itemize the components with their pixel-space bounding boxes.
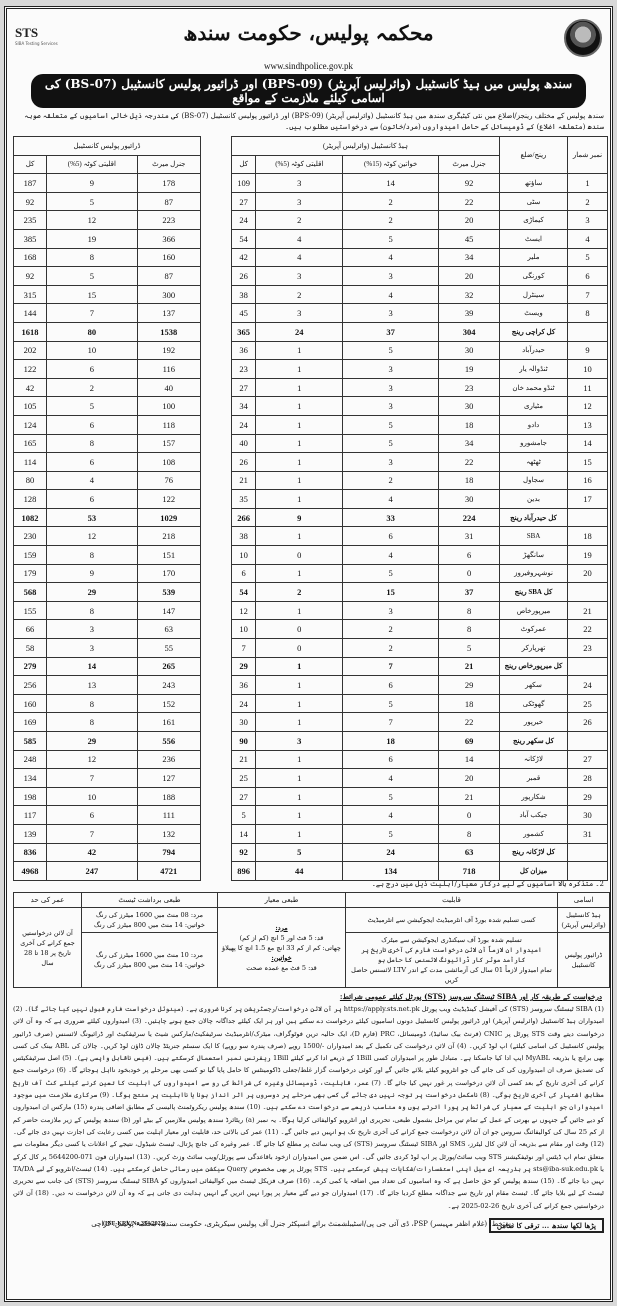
women-quota-cell: 18 — [343, 732, 439, 751]
minority-quota-cell: 8 — [47, 694, 137, 713]
table-row: 15ٹھٹھہ223126 — [232, 453, 608, 472]
qualification-line: تمام امیدوار لازماً 01 سال کی آزمائشی مد… — [349, 965, 554, 985]
minority-quota-cell: 1 — [256, 769, 343, 788]
general-merit-cell: 63 — [137, 620, 200, 639]
minority-quota-cell: 5 — [47, 267, 137, 286]
minority-quota-cell: 1 — [256, 806, 343, 825]
total-cell: 27 — [232, 192, 256, 211]
serial-cell: 25 — [568, 694, 608, 713]
table-row: 1146108 — [14, 453, 201, 472]
general-merit-cell: 30 — [439, 397, 500, 416]
women-quota-cell: 3 — [343, 360, 439, 379]
reference-number: (INF-KRY/No.334/2025) — [103, 1221, 166, 1227]
minority-quota-cell: 6 — [47, 806, 137, 825]
general-merit-cell: 20 — [439, 769, 500, 788]
general-merit-cell: 8 — [439, 620, 500, 639]
minority-quota-cell: 6 — [47, 490, 137, 509]
minority-quota-cell: 1 — [256, 434, 343, 453]
general-merit-cell: 224 — [439, 508, 500, 527]
minority-quota-cell: 14 — [47, 657, 137, 676]
table-row: 25613243 — [14, 676, 201, 695]
minority-quota-cell: 53 — [47, 508, 137, 527]
serial-cell — [568, 322, 608, 341]
minority-quota-cell: 1 — [256, 378, 343, 397]
table-row: 1246118 — [14, 415, 201, 434]
minority-quota-cell: 1 — [256, 360, 343, 379]
table-row: 1558147 — [14, 601, 201, 620]
male-chest: چھاتی: کم از کم 33 انچ مع 1.5 انچ کا پھی… — [221, 943, 342, 953]
table-total-row: کل میرپورخاص رینج217129 — [232, 657, 608, 676]
general-merit-cell: 20 — [439, 267, 500, 286]
total-cell: 54 — [232, 229, 256, 248]
general-merit-cell: 1538 — [137, 322, 200, 341]
general-merit-cell: 22 — [439, 192, 500, 211]
table-row: 1658157 — [14, 434, 201, 453]
total-cell: 35 — [232, 490, 256, 509]
total-cell: 42 — [14, 378, 47, 397]
total-cell: 66 — [14, 620, 47, 639]
serial-cell: 26 — [568, 713, 608, 732]
district-cell: سینٹرل — [500, 285, 568, 304]
total-cell: 122 — [14, 360, 47, 379]
minority-quota-cell: 8 — [47, 546, 137, 565]
table-total-row: 58529556 — [14, 732, 201, 751]
serial-cell — [568, 843, 608, 862]
table-row: 7سینٹرل324238 — [232, 285, 608, 304]
minority-quota-cell: 24 — [256, 322, 343, 341]
minority-quota-cell: 3 — [256, 174, 343, 193]
serial-cell: 27 — [568, 750, 608, 769]
serial-cell: 7 — [568, 285, 608, 304]
minority-quota-cell: 0 — [256, 546, 343, 565]
women-quota-cell: 5 — [343, 694, 439, 713]
total-cell: 7 — [232, 639, 256, 658]
general-merit-cell: 265 — [137, 657, 200, 676]
district-cell: ایسٹ — [500, 229, 568, 248]
general-merit-cell: 31 — [439, 527, 500, 546]
physical-standard: مرد: قد: 5 فٹ اور 5 انچ (کم از کم) چھاتی… — [218, 908, 346, 988]
general-merit-cell: 23 — [439, 378, 500, 397]
minority-quota-cell: 6 — [47, 453, 137, 472]
general-merit-cell: 223 — [137, 211, 200, 230]
district-cell: کل میرپورخاص رینج — [500, 657, 568, 676]
total-cell: 36 — [232, 341, 256, 360]
table-row: 19810188 — [14, 787, 201, 806]
general-merit-cell: 160 — [137, 248, 200, 267]
minority-quota-cell: 1 — [256, 694, 343, 713]
serial-cell: 21 — [568, 601, 608, 620]
male-label: مرد: — [221, 923, 342, 933]
women-quota-cell: 6 — [343, 750, 439, 769]
table-row: 22عمرکوٹ82010 — [232, 620, 608, 639]
women-quota-cell: 3 — [343, 397, 439, 416]
total-cell: 266 — [232, 508, 256, 527]
women-quota-cell: 5 — [343, 787, 439, 806]
male-height: قد: 5 فٹ اور 5 انچ (کم از کم) — [221, 933, 342, 943]
table-row: 1608152 — [14, 694, 201, 713]
general-merit-cell: 111 — [137, 806, 200, 825]
district-cell: کیماڑی — [500, 211, 568, 230]
total-cell: 92 — [14, 192, 47, 211]
district-cell: خیرپور — [500, 713, 568, 732]
general-merit-cell: 8 — [439, 824, 500, 843]
female-test: خواتین: 14 منٹ میں 800 میٹرز کی رنگ — [85, 920, 214, 930]
minority-quota-cell: 1 — [256, 713, 343, 732]
total-cell: 144 — [14, 304, 47, 323]
general-merit-cell: 556 — [137, 732, 200, 751]
women-quota-cell: 2 — [343, 620, 439, 639]
women-quota-cell: 5 — [343, 434, 439, 453]
minority-quota-cell: 8 — [47, 248, 137, 267]
minority-quota-cell: 8 — [47, 434, 137, 453]
serial-cell: 30 — [568, 806, 608, 825]
table-total-row: 83642794 — [14, 843, 201, 862]
col-post: اسامی — [558, 893, 610, 908]
minority-quota-cell: 9 — [47, 174, 137, 193]
total-cell: 179 — [14, 564, 47, 583]
total-cell: 5 — [232, 806, 256, 825]
total-cell: 187 — [14, 174, 47, 193]
general-merit-cell: 236 — [137, 750, 200, 769]
district-cell: کشمور — [500, 824, 568, 843]
minority-quota-cell: 10 — [47, 787, 137, 806]
minority-quota-cell: 8 — [47, 713, 137, 732]
total-cell: 21 — [232, 471, 256, 490]
table-row: 66363 — [14, 620, 201, 639]
serial-cell: 6 — [568, 267, 608, 286]
col-physical-standard: طبعی معیار — [218, 893, 346, 908]
women-quota-cell: 3 — [343, 378, 439, 397]
serial-cell: 18 — [568, 527, 608, 546]
women-quota-cell: 3 — [343, 601, 439, 620]
general-merit-cell: 22 — [439, 453, 500, 472]
table-row: 25گھوٹکی185124 — [232, 694, 608, 713]
table-row: 80476 — [14, 471, 201, 490]
total-cell: 256 — [14, 676, 47, 695]
general-merit-cell: 55 — [137, 639, 200, 658]
district-cell: میزان کل — [500, 862, 568, 881]
total-cell: 6 — [232, 564, 256, 583]
general-merit-cell: 192 — [137, 341, 200, 360]
total-cell: 26 — [232, 267, 256, 286]
district-cell: ٹنڈوالہ یار — [500, 360, 568, 379]
minority-quota-cell: 7 — [47, 824, 137, 843]
general-merit-cell: 5 — [439, 639, 500, 658]
table-row: 31کشمور85114 — [232, 824, 608, 843]
total-cell: 21 — [232, 750, 256, 769]
minority-quota-cell: 3 — [256, 732, 343, 751]
male-test: مرد: 10 منٹ میں 1600 میٹرز کی رنگ — [85, 950, 214, 960]
table-row: 31515300 — [14, 285, 201, 304]
general-merit-cell: 539 — [137, 583, 200, 602]
general-merit-cell: 122 — [137, 490, 200, 509]
women-quota-cell: 15 — [343, 583, 439, 602]
general-merit-cell: 87 — [137, 192, 200, 211]
district-cell: لاڑکانہ — [500, 750, 568, 769]
general-merit-cell: 21 — [439, 787, 500, 806]
serial-cell: 4 — [568, 229, 608, 248]
women-quota-cell: 2 — [343, 639, 439, 658]
table-row: 29شکارپور215127 — [232, 787, 608, 806]
women-quota-cell: 6 — [343, 676, 439, 695]
table-row: 24812236 — [14, 750, 201, 769]
minority-quota-cell: 9 — [256, 508, 343, 527]
women-quota-cell: 4 — [343, 285, 439, 304]
minority-quota-cell: 3 — [47, 639, 137, 658]
minority-quota-cell: 1 — [256, 564, 343, 583]
male-test: مرد: 08 منٹ میں 1600 میٹرز کی رنگ — [85, 910, 214, 920]
post-name: ڈرائیور پولیس کانسٹیبل — [558, 933, 610, 988]
total-cell: 248 — [14, 750, 47, 769]
serial-cell: 1 — [568, 174, 608, 193]
general-merit-cell: 0 — [439, 806, 500, 825]
total-cell: 92 — [232, 843, 256, 862]
total-cell: 40 — [232, 434, 256, 453]
general-merit-cell: 45 — [439, 229, 500, 248]
table-row: 20نوشہروفیروز0516 — [232, 564, 608, 583]
table-row: 1799170 — [14, 564, 201, 583]
total-cell: 169 — [14, 713, 47, 732]
general-merit-cell: 188 — [137, 787, 200, 806]
total-cell: 365 — [232, 322, 256, 341]
district-cell: کل SBA رینج — [500, 583, 568, 602]
women-quota-cell: 4 — [343, 769, 439, 788]
general-merit-cell: 718 — [439, 862, 500, 881]
header: STS SIBA Testing Services محکمہ پولیس، ح… — [7, 9, 610, 65]
minority-quota-cell: 3 — [256, 192, 343, 211]
minority-quota-cell: 1 — [256, 490, 343, 509]
district-cell: ویسٹ — [500, 304, 568, 323]
total-cell: 160 — [14, 694, 47, 713]
general-merit-cell: 304 — [439, 322, 500, 341]
table-total-row: کل کراچی رینج3043724365 — [232, 322, 608, 341]
table-row: 1226116 — [14, 360, 201, 379]
head-constable-group-header: ہیڈ کانسٹیبل (وائرلیس آپریٹر) — [232, 137, 500, 156]
general-merit-cell: 34 — [439, 248, 500, 267]
general-merit-cell: 161 — [137, 713, 200, 732]
total-cell: 36 — [232, 676, 256, 695]
general-merit-cell: 152 — [137, 694, 200, 713]
district-cell: بدین — [500, 490, 568, 509]
general-merit-cell: 147 — [137, 601, 200, 620]
table-row: 13دادو185124 — [232, 415, 608, 434]
table-row: 1598151 — [14, 546, 201, 565]
district-cell: مٹیاری — [500, 397, 568, 416]
female-label: خواتین: — [221, 953, 342, 963]
table-row: 23012218 — [14, 527, 201, 546]
total-cell: 23 — [232, 360, 256, 379]
general-merit-cell: 22 — [439, 713, 500, 732]
headline-banner: سندھ پولیس میں ہیڈ کانسٹیبل (وائرلیس آپر… — [31, 74, 586, 108]
total-cell: 134 — [14, 769, 47, 788]
table-row: 26خیرپور227130 — [232, 713, 608, 732]
qualification-line: تسلیم شدہ بورڈ آف سیکنڈری ایجوکیشن سے می… — [349, 935, 554, 945]
general-merit-cell: 69 — [439, 732, 500, 751]
table-row: 1ساؤتھ92143109 — [232, 174, 608, 193]
table-row: 19سانگھڑ64010 — [232, 546, 608, 565]
col-age-limit: عمر کی حد — [14, 893, 82, 908]
general-merit-cell: 8 — [439, 601, 500, 620]
qualification: تسلیم شدہ بورڈ آف سیکنڈری ایجوکیشن سے می… — [346, 933, 558, 988]
total-cell: 385 — [14, 229, 47, 248]
age-limit: آن لائن درخواستیں جمع کرانے کی آخری تاری… — [14, 908, 82, 988]
district-cell: گھوٹکی — [500, 694, 568, 713]
total-cell: 29 — [232, 657, 256, 676]
minority-quota-cell: 1 — [256, 750, 343, 769]
table-row: 16سجاول182121 — [232, 471, 608, 490]
district-cell: SBA — [500, 527, 568, 546]
minority-quota-cell: 9 — [47, 564, 137, 583]
general-merit-cell: 92 — [439, 174, 500, 193]
minority-quota-cell: 2 — [256, 583, 343, 602]
table-row: 38519366 — [14, 229, 201, 248]
general-merit-cell: 127 — [137, 769, 200, 788]
general-merit-cell: 0 — [439, 564, 500, 583]
total-cell: 168 — [14, 248, 47, 267]
minority-quota-cell: 12 — [47, 211, 137, 230]
col-women-quota: خواتین کوٹہ (15%) — [343, 155, 439, 174]
total-cell: 12 — [232, 601, 256, 620]
minority-quota-cell: 1 — [256, 787, 343, 806]
general-merit-cell: 1029 — [137, 508, 200, 527]
endurance-test: مرد: 10 منٹ میں 1600 میٹرز کی رنگ خواتین… — [82, 933, 218, 988]
table-row: 6کورنگی203326 — [232, 267, 608, 286]
general-merit-cell: 178 — [137, 174, 200, 193]
district-cell: ٹھٹھہ — [500, 453, 568, 472]
total-cell: 4968 — [14, 862, 47, 881]
district-cell: تھرپارکر — [500, 639, 568, 658]
minority-quota-cell: 1 — [256, 415, 343, 434]
table-row: 8ویسٹ393345 — [232, 304, 608, 323]
general-merit-cell: 40 — [137, 378, 200, 397]
district-cell: کل حیدرآباد رینج — [500, 508, 568, 527]
women-quota-cell: 14 — [343, 174, 439, 193]
table-row: 20210192 — [14, 341, 201, 360]
table-total-row: کل SBA رینج3715254 — [232, 583, 608, 602]
table-row: 27لاڑکانہ146121 — [232, 750, 608, 769]
serial-cell: 11 — [568, 378, 608, 397]
table-row: 24سکھر296136 — [232, 676, 608, 695]
total-cell: 92 — [14, 267, 47, 286]
female-height: قد: 5 فٹ مع عمدہ صحت — [221, 963, 342, 973]
table-total-row: 1618801538 — [14, 322, 201, 341]
table-total-row: 56829539 — [14, 583, 201, 602]
serial-cell — [568, 583, 608, 602]
total-cell: 24 — [232, 415, 256, 434]
district-cell: کل سکھر رینج — [500, 732, 568, 751]
criteria-row-head-constable: ہیڈ کانسٹیبل (وائرلیس آپریٹر) کسی تسلیم … — [14, 908, 610, 933]
total-cell: 105 — [14, 397, 47, 416]
minority-quota-cell: 1 — [256, 471, 343, 490]
col-minority-quota: اقلیتی کوٹہ (5%) — [47, 155, 137, 174]
col-general-merit: جنرل میرٹ — [137, 155, 200, 174]
women-quota-cell: 2 — [343, 471, 439, 490]
female-test: خواتین: 14 منٹ میں 800 میٹرز کی رنگ — [85, 960, 214, 970]
minority-quota-cell: 2 — [256, 285, 343, 304]
table-row: 58355 — [14, 639, 201, 658]
department-title: محکمہ پولیس، حکومت سندھ — [7, 21, 610, 45]
serial-cell: 12 — [568, 397, 608, 416]
district-cell: کورنگی — [500, 267, 568, 286]
table-row: 3کیماڑی202224 — [232, 211, 608, 230]
table-row: 1447137 — [14, 304, 201, 323]
col-serial: نمبر شمار — [568, 137, 608, 174]
women-quota-cell: 5 — [343, 229, 439, 248]
general-merit-cell: 157 — [137, 434, 200, 453]
table-row: 1347127 — [14, 769, 201, 788]
total-cell: 836 — [14, 843, 47, 862]
women-quota-cell: 33 — [343, 508, 439, 527]
women-quota-cell: 7 — [343, 713, 439, 732]
minority-quota-cell: 5 — [47, 397, 137, 416]
serial-cell: 31 — [568, 824, 608, 843]
minority-quota-cell: 1 — [256, 453, 343, 472]
table-total-row: 1082531029 — [14, 508, 201, 527]
total-cell: 27 — [232, 378, 256, 397]
general-merit-cell: 18 — [439, 471, 500, 490]
total-cell: 128 — [14, 490, 47, 509]
minority-quota-cell: 5 — [47, 192, 137, 211]
col-total: کل — [232, 155, 256, 174]
general-merit-cell: 14 — [439, 750, 500, 769]
total-cell: 24 — [232, 694, 256, 713]
table-row: 1688160 — [14, 248, 201, 267]
table-total-row: کل لاڑکانہ رینج6324592 — [232, 843, 608, 862]
serial-cell: 16 — [568, 471, 608, 490]
minority-quota-cell: 13 — [47, 676, 137, 695]
general-merit-cell: 108 — [137, 453, 200, 472]
general-merit-cell: 30 — [439, 341, 500, 360]
minority-quota-cell: 8 — [47, 601, 137, 620]
district-cell: ٹنڈو محمد خان — [500, 378, 568, 397]
serial-cell: 24 — [568, 676, 608, 695]
table-row: 1055100 — [14, 397, 201, 416]
general-merit-cell: 34 — [439, 434, 500, 453]
table-row: 1698161 — [14, 713, 201, 732]
head-constable-table: نمبر شمار رینج/ضلع ہیڈ کانسٹیبل (وائرلیس… — [231, 136, 608, 881]
total-cell: 26 — [232, 453, 256, 472]
driver-group-header: ڈرائیور پولیس کانسٹیبل — [14, 137, 201, 156]
serial-cell: 29 — [568, 787, 608, 806]
women-quota-cell: 134 — [343, 862, 439, 881]
total-cell: 24 — [232, 211, 256, 230]
serial-cell: 17 — [568, 490, 608, 509]
post-name: ہیڈ کانسٹیبل (وائرلیس آپریٹر) — [558, 908, 610, 933]
table-row: 1397132 — [14, 824, 201, 843]
women-quota-cell: 3 — [343, 304, 439, 323]
sindh-police-emblem-icon — [564, 19, 602, 57]
minority-quota-cell: 10 — [47, 341, 137, 360]
total-cell: 58 — [14, 639, 47, 658]
district-cell: سٹی — [500, 192, 568, 211]
total-cell: 198 — [14, 787, 47, 806]
intro-paragraph: سندھ پولیس کے مختلف رینجز/اضلاع میں نئی … — [7, 108, 610, 136]
eligibility-criteria-table: اسامی قابلیت طبعی معیار طبعی برداشت ٹیسٹ… — [13, 892, 610, 988]
serial-cell: 14 — [568, 434, 608, 453]
general-merit-cell: 37 — [439, 583, 500, 602]
qualification-line: امیدوار ان لازماً آن لائن درخواست فارم ک… — [349, 945, 554, 965]
district-cell: میرپورخاص — [500, 601, 568, 620]
minority-quota-cell: 2 — [47, 378, 137, 397]
total-cell: 80 — [14, 471, 47, 490]
table-row: 18SBA316138 — [232, 527, 608, 546]
footer: پڑھا لکھا سندھ ... ترقی کا ضامن دستخط: (… — [7, 1216, 610, 1236]
total-cell: 230 — [14, 527, 47, 546]
minority-quota-cell: 1 — [256, 341, 343, 360]
general-merit-cell: 32 — [439, 285, 500, 304]
serial-cell: 23 — [568, 639, 608, 658]
total-cell: 568 — [14, 583, 47, 602]
